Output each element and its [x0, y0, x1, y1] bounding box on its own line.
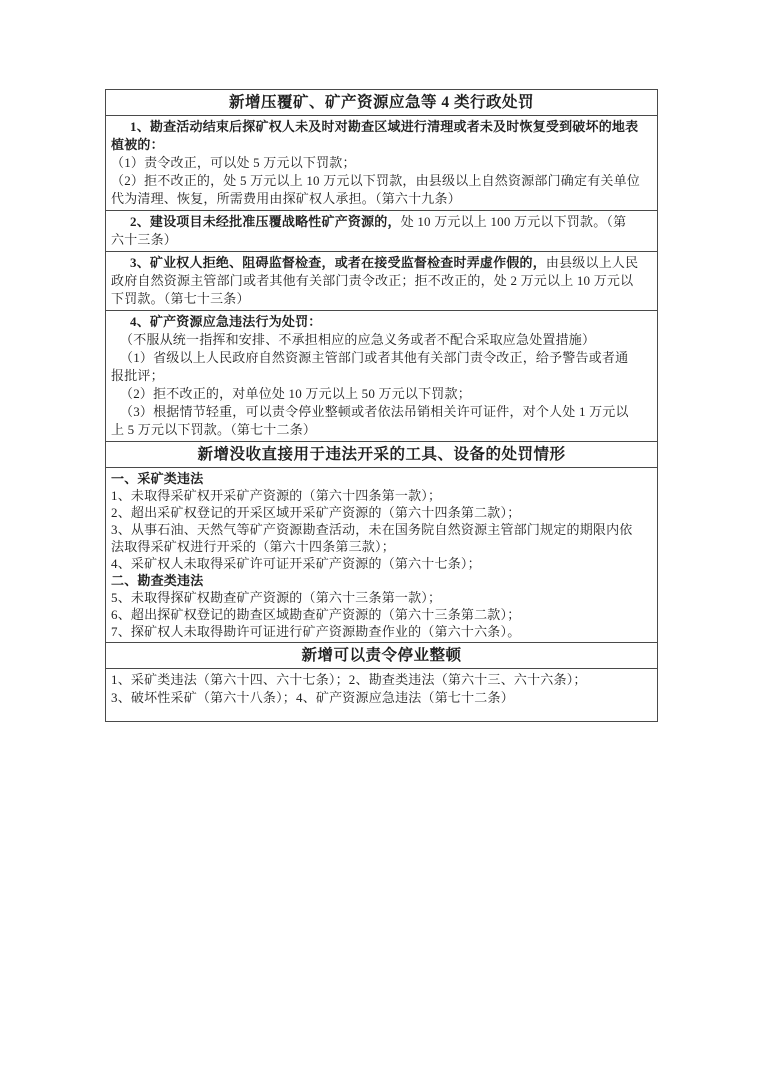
text-segment: 报批评； — [111, 368, 164, 383]
text-line: 3、从事石油、天然气等矿产资源勘查活动，未在国务院自然资源主管部门规定的期限内依 — [111, 521, 652, 538]
text-line: 代为清理、恢复，所需费用由探矿权人承担。（第六十九条） — [111, 190, 652, 208]
text-segment: 4、矿产资源应急违法行为处罚： — [130, 314, 322, 329]
text-line: 2、建设项目未经批准压覆战略性矿产资源的，处 10 万元以上 100 万元以下罚… — [111, 213, 652, 231]
section-title-row: 新增压覆矿、矿产资源应急等 4 类行政处罚 — [106, 90, 657, 115]
text-segment: （2）拒不改正的，对单位处 10 万元以上 50 万元以下罚款； — [120, 386, 471, 401]
text-line: 六十三条） — [111, 231, 652, 249]
text-line: 3、破坏性采矿（第六十八条）；4、矿产资源应急违法（第七十二条） — [111, 689, 652, 707]
text-line: （1）省级以上人民政府自然资源主管部门或者其他有关部门责令改正，给予警告或者通 — [111, 349, 652, 367]
text-line: 法取得采矿权进行开采的（第六十四条第三款）； — [111, 538, 652, 555]
text-segment: 政府自然资源主管部门或者其他有关部门责令改正；拒不改正的，处 2 万元以上 10… — [111, 273, 633, 288]
text-line: 报批评； — [111, 367, 652, 385]
text-line: （不服从统一指挥和安排、不承担相应的应急义务或者不配合采取应急处置措施） — [111, 331, 652, 349]
text-segment: 3、矿业权人拒绝、阻碍监督检查，或者在接受监督检查时弄虚作假的， — [130, 255, 546, 270]
text-segment: 下罚款。（第七十三条） — [111, 291, 250, 306]
section-body-row: 2、建设项目未经批准压覆战略性矿产资源的，处 10 万元以上 100 万元以下罚… — [106, 210, 657, 251]
text-line: 政府自然资源主管部门或者其他有关部门责令改正；拒不改正的，处 2 万元以上 10… — [111, 272, 652, 290]
text-line: 6、超出探矿权登记的勘查区域勘查矿产资源的（第六十三条第二款）； — [111, 606, 652, 623]
text-segment: 1、未取得采矿权开采矿产资源的（第六十四条第一款）； — [111, 488, 441, 503]
text-line: （2）拒不改正的，处 5 万元以上 10 万元以下罚款，由县级以上自然资源部门确… — [111, 172, 652, 190]
document-page: 新增压覆矿、矿产资源应急等 4 类行政处罚1、勘查活动结束后探矿权人未及时对勘查… — [0, 0, 760, 1074]
text-segment: 2、超出采矿权登记的开采区域开采矿产资源的（第六十四条第二款）； — [111, 505, 520, 520]
text-line: 3、矿业权人拒绝、阻碍监督检查，或者在接受监督检查时弄虚作假的，由县级以上人民 — [111, 254, 652, 272]
text-line: 下罚款。（第七十三条） — [111, 290, 652, 308]
text-segment: （1）责令改正，可以处 5 万元以下罚款； — [111, 155, 356, 170]
text-line: 4、矿产资源应急违法行为处罚： — [111, 313, 652, 331]
section-body-row: 1、采矿类违法（第六十四、六十七条）；2、勘查类违法（第六十三、六十六条）；3、… — [106, 668, 657, 721]
text-line: 一、采矿类违法 — [111, 470, 652, 487]
text-segment: 一、采矿类违法 — [111, 471, 203, 486]
text-segment: 法取得采矿权进行开采的（第六十四条第三款）； — [111, 539, 395, 554]
text-segment: 植被的： — [111, 137, 164, 152]
text-segment: （3）根据情节轻重，可以责令停业整顿或者依法吊销相关许可证件，对个人处 1 万元… — [120, 404, 629, 419]
text-segment: 二、勘查类违法 — [111, 573, 203, 588]
section-title-row: 新增没收直接用于违法开采的工具、设备的处罚情形 — [106, 441, 657, 467]
section-body-row: 3、矿业权人拒绝、阻碍监督检查，或者在接受监督检查时弄虚作假的，由县级以上人民政… — [106, 251, 657, 310]
text-line: （3）根据情节轻重，可以责令停业整顿或者依法吊销相关许可证件，对个人处 1 万元… — [111, 403, 652, 421]
text-segment: （1）省级以上人民政府自然资源主管部门或者其他有关部门责令改正，给予警告或者通 — [120, 350, 628, 365]
text-segment: 代为清理、恢复，所需费用由探矿权人承担。（第六十九条） — [111, 191, 461, 206]
text-line: 7、探矿权人未取得勘许可证进行矿产资源勘查作业的（第六十六条）。 — [111, 623, 652, 640]
text-segment: 7、探矿权人未取得勘许可证进行矿产资源勘查作业的（第六十六条）。 — [111, 624, 520, 639]
text-line: 1、勘查活动结束后探矿权人未及时对勘查区域进行清理或者未及时恢复受到破坏的地表 — [111, 118, 652, 136]
text-segment: 1、勘查活动结束后探矿权人未及时对勘查区域进行清理或者未及时恢复受到破坏的地表 — [130, 119, 638, 134]
text-segment: 六十三条） — [111, 232, 177, 247]
section-body-row: 4、矿产资源应急违法行为处罚：（不服从统一指挥和安排、不承担相应的应急义务或者不… — [106, 310, 657, 441]
text-line: 2、超出采矿权登记的开采区域开采矿产资源的（第六十四条第二款）； — [111, 504, 652, 521]
text-segment: 3、从事石油、天然气等矿产资源勘查活动，未在国务院自然资源主管部门规定的期限内依 — [111, 522, 633, 537]
text-line: 植被的： — [111, 136, 652, 154]
text-line: （2）拒不改正的，对单位处 10 万元以上 50 万元以下罚款； — [111, 385, 652, 403]
text-line: 上 5 万元以下罚款。（第七十二条） — [111, 421, 652, 439]
text-segment: 由县级以上人民 — [546, 255, 638, 270]
text-segment: 5、未取得探矿权勘查矿产资源的（第六十三条第一款）； — [111, 590, 441, 605]
text-segment: 4、采矿权人未取得采矿许可证开采矿产资源的（第六十七条）； — [111, 556, 481, 571]
section-body-row: 1、勘查活动结束后探矿权人未及时对勘查区域进行清理或者未及时恢复受到破坏的地表植… — [106, 115, 657, 210]
text-line: 1、未取得采矿权开采矿产资源的（第六十四条第一款）； — [111, 487, 652, 504]
text-segment: （不服从统一指挥和安排、不承担相应的应急义务或者不配合采取应急处置措施） — [120, 332, 595, 347]
text-segment: 6、超出探矿权登记的勘查区域勘查矿产资源的（第六十三条第二款）； — [111, 607, 520, 622]
text-line: 二、勘查类违法 — [111, 572, 652, 589]
text-segment: 2、建设项目未经批准压覆战略性矿产资源的， — [130, 214, 401, 229]
text-segment: 3、破坏性采矿（第六十八条）；4、矿产资源应急违法（第七十二条） — [111, 690, 514, 705]
text-line: 1、采矿类违法（第六十四、六十七条）；2、勘查类违法（第六十三、六十六条）； — [111, 671, 652, 689]
section-body-row: 一、采矿类违法1、未取得采矿权开采矿产资源的（第六十四条第一款）；2、超出采矿权… — [106, 467, 657, 642]
penalty-table: 新增压覆矿、矿产资源应急等 4 类行政处罚1、勘查活动结束后探矿权人未及时对勘查… — [105, 89, 658, 722]
text-line: 5、未取得探矿权勘查矿产资源的（第六十三条第一款）； — [111, 589, 652, 606]
text-segment: 1、采矿类违法（第六十四、六十七条）；2、勘查类违法（第六十三、六十六条）； — [111, 672, 587, 687]
text-line: （1）责令改正，可以处 5 万元以下罚款； — [111, 154, 652, 172]
text-line: 4、采矿权人未取得采矿许可证开采矿产资源的（第六十七条）； — [111, 555, 652, 572]
text-segment: （2）拒不改正的，处 5 万元以上 10 万元以下罚款，由县级以上自然资源部门确… — [111, 173, 640, 188]
section-title-row: 新增可以责令停业整顿 — [106, 642, 657, 668]
text-segment: 处 10 万元以上 100 万元以下罚款。（第 — [401, 214, 627, 229]
text-segment: 上 5 万元以下罚款。（第七十二条） — [111, 422, 316, 437]
